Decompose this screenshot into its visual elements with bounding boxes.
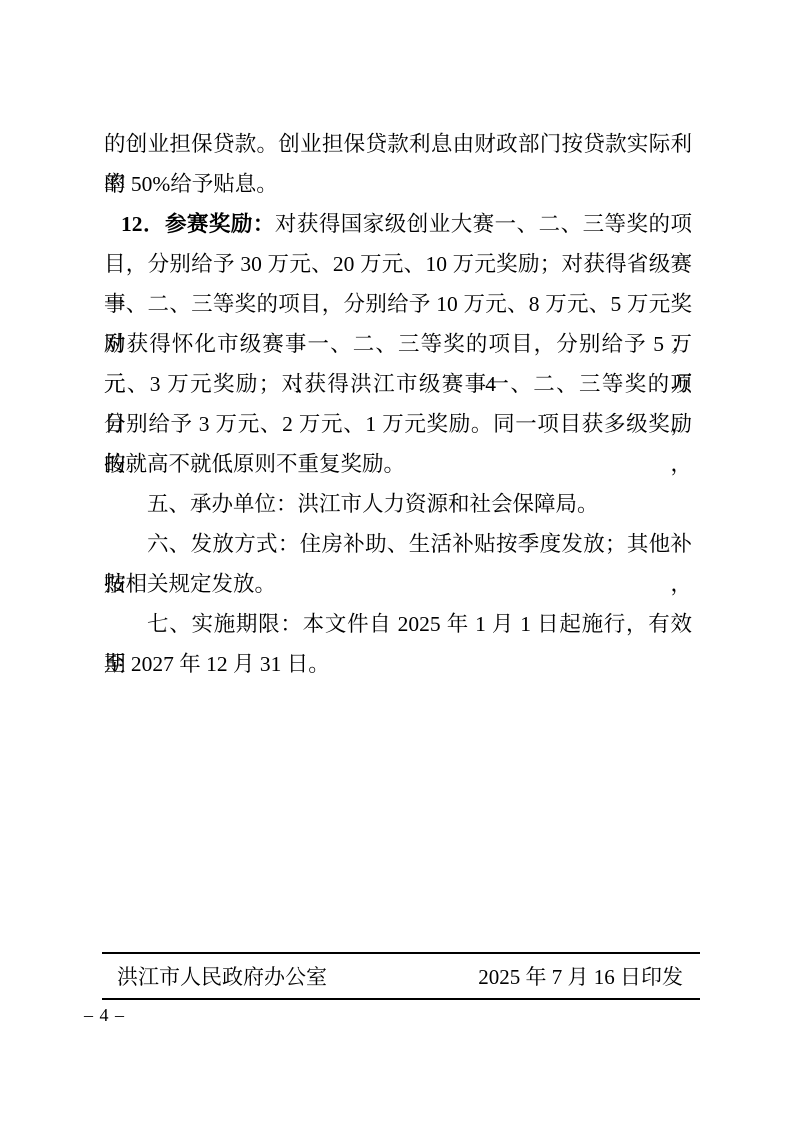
text-bold-segment: 12．参赛奖励：: [121, 212, 275, 236]
text-segment: 的 50%给予贴息。: [104, 172, 278, 196]
text-line: 六、发放方式：住房补助、生活补贴按季度发放；其他补贴，: [104, 524, 692, 564]
footer-issuer: 洪江市人民政府办公室: [117, 961, 327, 991]
text-segment: 按就高不就低原则不重复奖励。: [104, 452, 405, 476]
text-line: 的 50%给予贴息。: [104, 164, 692, 204]
footer-print-date: 2025 年 7 月 16 日印发: [478, 961, 683, 991]
text-line: 七、实施期限：本文件自 2025 年 1 月 1 日起施行，有效期: [104, 604, 692, 644]
text-line: 一、二、三等奖的项目，分别给予 10 万元、8 万元、5 万元奖励；: [104, 284, 692, 324]
document-page: 的创业担保贷款。创业担保贷款利息由财政部门按贷款实际利率 的 50%给予贴息。 …: [0, 0, 793, 1122]
text-line: 目，分别给予 30 万元、20 万元、10 万元奖励；对获得省级赛事: [104, 244, 692, 284]
text-segment: 五、承办单位：洪江市人力资源和社会保障局。: [147, 492, 599, 516]
text-line: 12．参赛奖励：对获得国家级创业大赛一、二、三等奖的项: [104, 204, 692, 244]
text-line: 至 2027 年 12 月 31 日。: [104, 644, 692, 684]
text-line: 的创业担保贷款。创业担保贷款利息由财政部门按贷款实际利率: [104, 124, 692, 164]
footer-row: 洪江市人民政府办公室 2025 年 7 月 16 日印发: [102, 954, 700, 998]
text-segment: 至 2027 年 12 月 31 日。: [104, 652, 330, 676]
text-segment: 对获得国家级创业大赛一、二、三等奖的项: [275, 212, 692, 236]
text-line: 五、承办单位：洪江市人力资源和社会保障局。: [104, 484, 692, 524]
footer-bottom-rule: [102, 998, 700, 1000]
text-line: 元、3 万元奖励；对获得洪江市级赛事一、二、三等奖的项目，: [104, 364, 692, 404]
page-number: – 4 –: [84, 1005, 125, 1026]
document-body: 的创业担保贷款。创业担保贷款利息由财政部门按贷款实际利率 的 50%给予贴息。 …: [104, 124, 692, 684]
text-line: 对获得怀化市级赛事一、二、三等奖的项目，分别给予 5 万元、4 万: [104, 324, 692, 364]
text-line: 分别给予 3 万元、2 万元、1 万元奖励。同一项目获多级奖励的，: [104, 404, 692, 444]
text-segment: 按相关规定发放。: [104, 572, 276, 596]
